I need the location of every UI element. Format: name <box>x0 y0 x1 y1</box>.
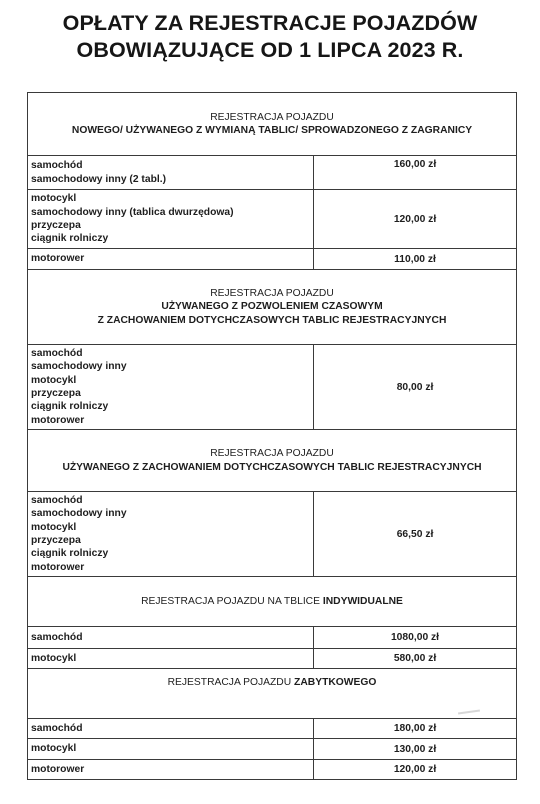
section-heading-line: UŻYWANEGO Z ZACHOWANIEM DOTYCHCZASOWYCH … <box>31 461 513 475</box>
vehicle-type: motocykl <box>31 742 310 755</box>
vehicle-type: samochód <box>31 494 310 507</box>
vehicle-type: ciągnik rolniczy <box>31 547 310 560</box>
fees-table: REJESTRACJA POJAZDU NOWEGO/ UŻYWANEGO Z … <box>27 92 517 780</box>
section-heading-line: REJESTRACJA POJAZDU <box>31 447 513 461</box>
document-title: OPŁATY ZA REJESTRACJE POJAZDÓW OBOWIĄZUJ… <box>0 10 540 64</box>
section-heading-line: REJESTRACJA POJAZDU <box>31 287 513 301</box>
section-heading-line: UŻYWANEGO Z POZWOLENIEM CZASOWYM <box>31 300 513 314</box>
vehicle-type: motocykl <box>31 374 310 387</box>
section-heading-bold: INDYWIDUALNE <box>323 596 403 607</box>
vehicle-type: samochód <box>31 347 310 360</box>
vehicle-type: przyczepa <box>31 534 310 547</box>
section-heading-line: Z ZACHOWANIEM DOTYCHCZASOWYCH TABLIC REJ… <box>31 314 513 328</box>
section-header-row: REJESTRACJA POJAZDU NOWEGO/ UŻYWANEGO Z … <box>28 93 517 156</box>
vehicle-types-cell: samochód samochodowy inny motocykl przyc… <box>28 345 314 430</box>
vehicle-types-cell: samochód <box>28 719 314 739</box>
vehicle-type: samochód <box>31 631 310 644</box>
table-row: motocykl 580,00 zł <box>28 649 517 669</box>
title-line-1: OPŁATY ZA REJESTRACJE POJAZDÓW <box>0 10 540 37</box>
vehicle-type: samochodowy inny <box>31 360 310 373</box>
vehicle-type: samochód <box>31 159 310 172</box>
section-heading-line: NOWEGO/ UŻYWANEGO Z WYMIANĄ TABLIC/ SPRO… <box>31 124 513 138</box>
vehicle-type: przyczepa <box>31 387 310 400</box>
vehicle-type: samochodowy inny (2 tabl.) <box>31 173 310 186</box>
section-heading-new-used-imported: REJESTRACJA POJAZDU NOWEGO/ UŻYWANEGO Z … <box>28 93 517 156</box>
fee-cell: 580,00 zł <box>314 649 517 669</box>
table-row: samochód samochodowy inny motocykl przyc… <box>28 492 517 577</box>
table-row: motorower 110,00 zł <box>28 249 517 270</box>
vehicle-type: ciągnik rolniczy <box>31 400 310 413</box>
vehicle-type: przyczepa <box>31 219 310 232</box>
table-row: motorower 120,00 zł <box>28 760 517 780</box>
vehicle-type: motorower <box>31 252 310 265</box>
fee-cell: 130,00 zł <box>314 739 517 760</box>
vehicle-types-cell: samochód <box>28 627 314 649</box>
section-header-row: REJESTRACJA POJAZDU UŻYWANEGO Z ZACHOWAN… <box>28 430 517 492</box>
section-header-row: REJESTRACJA POJAZDU ZABYTKOWEGO <box>28 669 517 719</box>
fee-cell: 120,00 zł <box>314 190 517 249</box>
vehicle-types-cell: motorower <box>28 760 314 780</box>
vehicle-type: samochodowy inny (tablica dwurzędowa) <box>31 206 310 219</box>
table-row: motocykl samochodowy inny (tablica dwurz… <box>28 190 517 249</box>
section-heading-normal: REJESTRACJA POJAZDU NA TBLICE <box>141 596 323 607</box>
vehicle-type: samochodowy inny <box>31 507 310 520</box>
vehicle-types-cell: motocykl <box>28 649 314 669</box>
section-heading-historic: REJESTRACJA POJAZDU ZABYTKOWEGO <box>28 669 517 719</box>
vehicle-type: motocykl <box>31 652 310 665</box>
vehicle-types-cell: motocykl <box>28 739 314 760</box>
vehicle-types-cell: motocykl samochodowy inny (tablica dwurz… <box>28 190 314 249</box>
vehicle-types-cell: samochód samochodowy inny motocykl przyc… <box>28 492 314 577</box>
table-row: motocykl 130,00 zł <box>28 739 517 760</box>
vehicle-types-cell: motorower <box>28 249 314 270</box>
section-heading-bold: ZABYTKOWEGO <box>294 677 376 688</box>
table-row: samochód 1080,00 zł <box>28 627 517 649</box>
fee-cell: 180,00 zł <box>314 719 517 739</box>
vehicle-type: motorower <box>31 561 310 574</box>
section-heading-line: REJESTRACJA POJAZDU <box>31 111 513 125</box>
section-heading-normal: REJESTRACJA POJAZDU <box>168 677 294 688</box>
fee-cell: 80,00 zł <box>314 345 517 430</box>
vehicle-type: ciągnik rolniczy <box>31 232 310 245</box>
section-heading-individual-plates: REJESTRACJA POJAZDU NA TBLICE INDYWIDUAL… <box>28 577 517 627</box>
section-header-row: REJESTRACJA POJAZDU UŻYWANEGO Z POZWOLEN… <box>28 270 517 345</box>
vehicle-type: motorower <box>31 414 310 427</box>
title-line-2: OBOWIĄZUJĄCE OD 1 LIPCA 2023 R. <box>0 37 540 64</box>
vehicle-type: samochód <box>31 722 310 735</box>
fee-cell: 120,00 zł <box>314 760 517 780</box>
table-row: samochód samochodowy inny motocykl przyc… <box>28 345 517 430</box>
vehicle-type: motorower <box>31 763 310 776</box>
vehicle-type: motocykl <box>31 521 310 534</box>
section-heading-keep-plates: REJESTRACJA POJAZDU UŻYWANEGO Z ZACHOWAN… <box>28 430 517 492</box>
section-header-row: REJESTRACJA POJAZDU NA TBLICE INDYWIDUAL… <box>28 577 517 627</box>
vehicle-types-cell: samochód samochodowy inny (2 tabl.) <box>28 156 314 190</box>
vehicle-type: motocykl <box>31 192 310 205</box>
section-heading-temporary-permit: REJESTRACJA POJAZDU UŻYWANEGO Z POZWOLEN… <box>28 270 517 345</box>
fee-cell: 110,00 zł <box>314 249 517 270</box>
table-row: samochód samochodowy inny (2 tabl.) 160,… <box>28 156 517 190</box>
table-row: samochód 180,00 zł <box>28 719 517 739</box>
fee-cell: 160,00 zł <box>314 156 517 190</box>
fee-cell: 66,50 zł <box>314 492 517 577</box>
fee-cell: 1080,00 zł <box>314 627 517 649</box>
